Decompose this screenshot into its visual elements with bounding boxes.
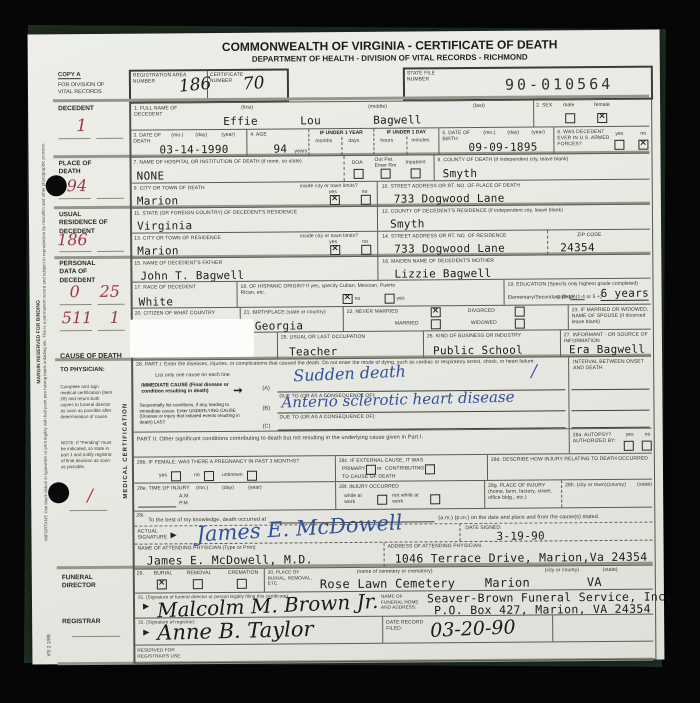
place-burial-label: 30. PLACE OF BURIAL, REMOVAL, ETC. [268, 569, 316, 586]
under-year-days: days [348, 138, 359, 144]
dod-mo: (mo.) [171, 132, 183, 138]
row-certification: 28i. To the best of my knowledge, death … [134, 507, 652, 544]
arrow-icon: ➞ [233, 384, 242, 397]
checkbox-limits-yes [330, 195, 340, 205]
date-filed-label: DATE RECORD FILED: [386, 619, 436, 631]
part2-label: PART II. Other significant conditions co… [137, 433, 562, 443]
sidebar-personal-mark-1a: 0 [69, 282, 79, 301]
blank-line [60, 304, 92, 305]
pregnancy-unknown-label: unknown [222, 472, 243, 478]
city-death-label: 9. CITY OR TOWN OF DEATH [134, 185, 254, 192]
checkbox-autopsy-no [642, 441, 652, 451]
row-registrar: 32. (Signature of registrar) ▶ Anne B. T… [135, 614, 653, 645]
divorced-label: DIVORCED [468, 308, 495, 314]
sidebar-decedent-label: DECEDENT [58, 105, 94, 114]
while-at-work-label: while at work [344, 493, 372, 505]
binding-margin-text: MARGIN RESERVED FOR BINDING IMPORTANT: U… [34, 89, 49, 594]
external-primary-label: PRIMARY [342, 466, 365, 472]
physician-address-value: 1046 Terrace Drive, Marion,Va 24354 [395, 550, 648, 566]
external-cause-label: 28c. IF EXTERNAL CAUSE, IT WAS [339, 457, 479, 464]
city-res-value: Marion [137, 244, 179, 257]
blank-line [97, 251, 124, 252]
pointer-icon: ▶ [170, 530, 176, 539]
row-injury-1: 28b. IF FEMALE, WAS THERE A PREGNANCY IN… [134, 453, 652, 483]
due-to-label-2: DUE TO (OR AS A CONSEQUENCE OF): [280, 414, 376, 421]
physician-address-label: ADDRESS OF ATTENDING PHYSICIAN [388, 542, 588, 550]
checkbox-autopsy-yes [624, 441, 634, 451]
sidebar-place-mark: 94 [67, 176, 88, 195]
checkbox-sex-male [565, 113, 575, 123]
am-label: A.M. [179, 493, 190, 499]
checkbox-inpatient [411, 168, 421, 178]
burial-city-sub-label: (city or county) [545, 567, 579, 573]
copy-sub-line1: FOR DIVISION OF [58, 82, 104, 88]
checkbox-not-while-at-work [430, 494, 440, 504]
under-1-day-label: IF UNDER 1 DAY [377, 129, 435, 135]
checkbox-external-contributing [425, 464, 435, 474]
citizen-label: 20. CITIZEN OF WHAT COUNTRY [135, 310, 230, 317]
sidebar-physician-instructions: Complete and sign medical certification … [60, 384, 112, 421]
sex-label: 2. SEX [536, 102, 552, 108]
sidebar-funeral-director-label: FUNERAL DIRECTOR [62, 574, 107, 591]
copy-sub-line2: VITAL RECORDS [58, 89, 102, 95]
immediate-cause-value: Sudden death [293, 362, 406, 386]
external-contributing-label: CONTRIBUTING [385, 465, 424, 471]
blank-line [98, 304, 125, 305]
time-injury-label: 28e. TIME OF INJURY [137, 485, 190, 491]
outpatient-label: Out Pat. Emer Rm [375, 157, 399, 169]
date-filed-value: 03-20-90 [430, 616, 516, 642]
row-hospital: 7. NAME OF HOSPITAL OR INSTITUTION OF DE… [131, 153, 649, 183]
race-label: 17. RACE OF DECEDENT [135, 284, 225, 291]
burial-state-value: VA [587, 575, 602, 589]
row-injury-2: 28e. TIME OF INJURY (mo.) (day) (year) A… [134, 479, 652, 511]
sub-last: (last) [473, 103, 485, 109]
sidebar-cause-of-death-label: CAUSE OF DEATH [60, 352, 122, 362]
sidebar-cause-mark: / [87, 486, 93, 506]
blank-line [138, 506, 176, 507]
armed-yes-label: yes [615, 131, 623, 137]
blank-line [60, 330, 92, 331]
external-to-label: TO CAUSE OF DEATH [342, 474, 396, 480]
actual-signature-label: ACTUAL SIGNATURE [137, 528, 169, 540]
checkbox-sex-female [597, 113, 607, 123]
checkbox-never-married [431, 307, 441, 317]
checkbox-hispanic-yes [385, 294, 395, 304]
sidebar-place-of-death-label: PLACE OF DEATH [59, 160, 99, 177]
burial-state-sub-label: (state) [603, 567, 618, 573]
copy-label: COPY A [58, 72, 81, 79]
checkbox-pregnancy-unknown [247, 471, 257, 481]
checkbox-limits2-yes [330, 245, 340, 255]
dob-mo: (mo.) [483, 130, 495, 136]
time-injury-year: (year) [248, 485, 262, 491]
hispanic-yes-label: yes [397, 296, 405, 302]
first-name-value: Effie [223, 115, 258, 128]
married-label: MARRIED [395, 320, 419, 326]
checkbox-hispanic-no [343, 294, 353, 304]
date-of-birth-value: 09-09-1895 [468, 140, 537, 154]
never-married-label: 22. NEVER MARRIED [347, 309, 399, 315]
pregnancy-label: 28b. IF FEMALE, WAS THERE A PREGNANCY IN… [137, 458, 302, 465]
business-label: 26. KIND OF BUSINESS OR INDUSTRY [427, 332, 557, 339]
pointer-icon: ▶ [143, 628, 149, 637]
under-1-year-label: IF UNDER 1 YEAR [312, 130, 370, 136]
dob-day: (day) [507, 130, 519, 136]
immediate-cause-label: IMMEDIATE CAUSE (Final disease or condit… [141, 382, 229, 395]
checkbox-burial [157, 579, 167, 589]
under-year-months: months [315, 138, 332, 144]
row-race-education: 17. RACE OF DECEDENT White 18. OF HISPAN… [132, 278, 650, 308]
checkbox-limits2-no [361, 245, 371, 255]
armed-forces-label: 6. WAS DECEDENT EVER IN U.S. ARMED FORCE… [557, 129, 615, 147]
autopsy-label: 28a. AUTOPSY? AUTHORIZED BY: [573, 432, 628, 444]
hispanic-label: 18. OF HISPANIC ORIGIN? If yes, specify … [241, 283, 401, 296]
certificate-number-value: 70 [242, 73, 265, 95]
external-or-label: or [377, 466, 382, 472]
sub-first: (first) [241, 105, 253, 111]
checkbox-doa [354, 169, 364, 179]
sidebar-personal-mark-1b: 25 [99, 282, 120, 301]
pointer-icon: ▶ [143, 602, 149, 611]
burial-city-value: Marion [485, 576, 530, 590]
row-full-name: 1. FULL NAME OF DECEDENT (first) (middle… [131, 99, 649, 130]
checkbox-divorced [515, 307, 525, 317]
informant-value: Era Bagwell [569, 343, 645, 357]
ink-stroke: / [531, 362, 537, 382]
dod-year: (year) [221, 132, 235, 138]
under-day-minutes: minutes [411, 137, 429, 143]
burial-label: BURIAL [154, 570, 173, 576]
cemetery-sub-label: (name of cemetery or crematory) [357, 568, 433, 575]
row-death-date: 3. DATE OF DEATH (mo.) (day) (year) 03-1… [131, 126, 649, 157]
sidebar-to-physician-label: TO PHYSICIAN: [60, 367, 105, 375]
injury-city-label: 28h. (city or town) [565, 482, 607, 488]
checkbox-removal [193, 579, 203, 589]
father-label: 15. NAME OF DECEDENT'S FATHER [134, 259, 334, 267]
sidebar-medical-certification-label: MEDICAL CERTIFICATION [122, 366, 129, 536]
hospital-label: 7. NAME OF HOSPITAL OR INSTITUTION OF DE… [134, 158, 339, 166]
cremation-label: CREMATION [228, 570, 259, 576]
sidebar-registrar-label: REGISTRAR [62, 618, 100, 627]
death-certificate-document: MARGIN RESERVED FOR BINDING IMPORTANT: U… [28, 30, 665, 665]
injury-state-label: (state) [637, 482, 652, 488]
sequential-label: Sequentially list conditions, if any, le… [139, 402, 244, 425]
punch-hole [46, 175, 67, 196]
checkbox-while-at-work [377, 495, 387, 505]
checkbox-widowed [515, 319, 525, 329]
checkbox-limits-no [361, 195, 371, 205]
dob-year: (year) [531, 129, 545, 135]
hispanic-no-label: no [355, 296, 361, 302]
line-b-label: (B) [262, 406, 270, 413]
interval-line-b [572, 410, 650, 412]
middle-name-value: Lou [300, 114, 321, 127]
checkbox-outpatient [381, 169, 391, 179]
scan-background: MARGIN RESERVED FOR BINDING IMPORTANT: U… [0, 0, 700, 703]
blank-line [58, 138, 90, 139]
injury-occurred-label: 28f. INJURY OCCURRED [339, 484, 399, 490]
zip-value: 24354 [560, 241, 595, 254]
form-number-text: VS 2 1/89 [46, 600, 52, 656]
business-value: Public School [433, 344, 523, 358]
time-injury-mo: (mo.) [196, 485, 208, 491]
line-a-label: (A) [262, 386, 270, 393]
reserved-label: RESERVED FOR REGISTRAR'S USE [137, 647, 192, 658]
place-injury-label: 28g. PLACE OF INJURY (home, farm, factor… [488, 482, 558, 501]
registrar-signature: Anne B. Taylor [157, 617, 314, 645]
inpatient-label: Inpatient [406, 159, 426, 165]
checkbox-pregnancy-yes [171, 471, 181, 481]
checkbox-cremation [237, 579, 247, 589]
punch-hole [48, 482, 69, 503]
sidebar-personal-mark-2a: 511 [62, 308, 93, 327]
age-value: 94 [273, 142, 287, 155]
county-res-label: 12. COUNTY OF DECEDENT'S RESIDENCE (if i… [382, 207, 642, 215]
blank-line [69, 510, 107, 511]
checkbox-armed-no [638, 140, 648, 150]
blank-line [97, 198, 124, 199]
hospital-value: NONE [137, 169, 165, 182]
row-cause-of-death: 28. PART I. Enter the diseases, injuries… [133, 356, 652, 432]
mother-label: 16. MAIDEN NAME OF DECEDENT'S MOTHER [382, 257, 602, 265]
ssn-redaction-box [130, 319, 254, 358]
occupation-label: 25. USUAL OR LAST OCCUPATION [281, 333, 416, 340]
not-while-at-work-label: not while at work [392, 492, 424, 504]
widowed-label: WIDOWED [471, 320, 497, 326]
birthplace-label: 21. BIRTHPLACE (state or country) [244, 309, 339, 316]
county-death-value: Smyth [443, 167, 478, 180]
date-of-death-value: 03-14-1990 [159, 143, 228, 157]
state-res-label: 11. STATE (OR FOREIGN COUNTRY) OF DECEDE… [134, 209, 374, 217]
city-death-value: Marion [137, 194, 179, 207]
sidebar-physician-note: NOTE: If "Pending" must be indicated, so… [61, 440, 113, 471]
dod-day: (day) [195, 132, 207, 138]
injury-county-label: (county) [607, 482, 626, 488]
blank-line [59, 198, 91, 199]
checkbox-pregnancy-no [204, 471, 214, 481]
time-injury-day: (day) [222, 485, 234, 491]
part1-instructions-2: List only one cause on each line. [155, 372, 231, 379]
age-unit: years [294, 148, 307, 154]
armed-no-label: no [640, 131, 646, 137]
removal-label: REMOVAL [187, 570, 212, 576]
full-name-label: 1. FULL NAME OF DECEDENT [134, 105, 194, 117]
age-label: 4. AGE [250, 132, 266, 138]
street-res-value: 733 Dogwood Lane [394, 242, 505, 256]
pregnancy-yes-label: yes [159, 472, 167, 478]
sub-middle: (middle) [368, 104, 387, 110]
state-file-value: 90-010564 [505, 75, 613, 94]
county-death-label: 8. COUNTY OF DEATH (if independent city,… [438, 156, 638, 164]
cause-line-b [278, 410, 566, 413]
last-name-value: Bagwell [373, 113, 422, 126]
certify-num: 28i. [136, 513, 145, 519]
autopsy-no-label: no [645, 432, 651, 438]
street-death-value: 733 Dogwood Lane [394, 192, 505, 206]
interval-label: INTERVAL BETWEEN ONSET AND DEATH [573, 359, 645, 372]
line-c-label: (C) [263, 424, 271, 431]
state-file-label: STATE FILE NUMBER [407, 70, 447, 82]
certify-text-2: (a.m.) (p.m.) on the date and place and … [438, 514, 599, 522]
doa-label: DOA [352, 160, 363, 166]
county-res-value: Smyth [390, 217, 425, 230]
sidebar-decedent-mark: 1 [76, 116, 87, 136]
education-value: 6 years [601, 287, 650, 301]
blank-line [72, 636, 120, 637]
how-injury-label: 28d. DESCRIBE HOW INJURY RELATING TO DEA… [491, 456, 651, 463]
blank-line [98, 330, 125, 331]
funeral-home-label: NAME OF FUNERAL HOME AND ADDRESS: [381, 593, 423, 610]
interval-line-a [571, 389, 649, 391]
checkbox-armed-yes [614, 140, 624, 150]
sex-male-label: male [563, 102, 574, 108]
city-res-label: 13. CITY OR TOWN OF RESIDENCE [134, 235, 254, 242]
registration-area-value: 186 [178, 74, 212, 97]
state-res-value: Virginia [137, 219, 192, 232]
under-day-hours: hours [380, 138, 393, 144]
cemetery-value: Rose Lawn Cemetery [320, 576, 456, 591]
pregnancy-no-label: no [194, 472, 200, 478]
street-death-label: 10. STREET ADDRESS OR RT. NO. OF PLACE O… [382, 182, 632, 190]
blank-line [59, 251, 91, 252]
sex-female-label: female [594, 102, 610, 108]
disposition-num: 29. [137, 571, 144, 577]
sidebar-personal-mark-2b: 1 [110, 308, 120, 327]
pm-label: P.M. [179, 500, 189, 506]
autopsy-yes-label: yes [626, 432, 634, 438]
checkbox-married [431, 319, 441, 329]
sidebar-residence-mark: 186 [57, 230, 88, 249]
physician-name-label: NAME OF ATTENDING PHYSICIAN (Type or Pri… [138, 544, 338, 552]
spouse-label: 23. IF MARRIED OR WIDOWED, NAME OF SPOUS… [572, 307, 650, 326]
street-res-label: 14. STREET ADDRESS OR RT. NO. OF RESIDEN… [382, 232, 547, 239]
occupation-value: Teacher [289, 345, 338, 358]
education-college-label: College (1-4 or 5 +) [557, 294, 602, 300]
zip-label: ZIP CODE [577, 232, 601, 238]
blank-line [96, 138, 123, 139]
physician-name-value: James E. McDowell, M.D. [147, 552, 313, 567]
